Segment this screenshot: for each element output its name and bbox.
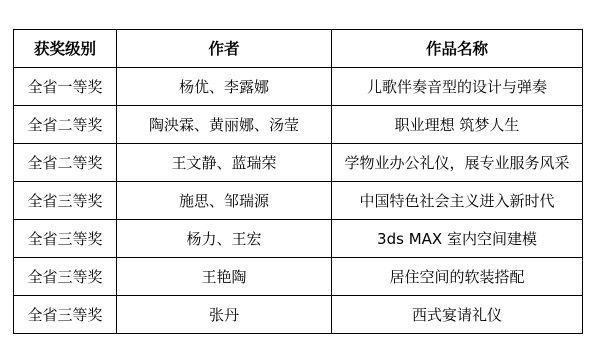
award-level-cell: 全省一等奖	[14, 68, 117, 106]
award-level-cell: 全省二等奖	[14, 144, 117, 182]
authors-cell: 施思、邹瑞源	[117, 182, 332, 220]
authors-cell: 陶泱霖、黄丽娜、汤莹	[117, 106, 332, 144]
work-title-cell: 职业理想 筑梦人生	[332, 106, 583, 144]
work-title-cell: 儿歌伴奏音型的设计与弹奏	[332, 68, 583, 106]
work-title-cell: 3ds MAX 室内空间建模	[332, 220, 583, 258]
award-level-cell: 全省三等奖	[14, 296, 117, 334]
table-row: 全省三等奖 王艳陶 居住空间的软装搭配	[14, 258, 583, 296]
work-title-cell: 中国特色社会主义进入新时代	[332, 182, 583, 220]
table-row: 全省二等奖 王文静、蓝瑞荣 学物业办公礼仪，展专业服务风采	[14, 144, 583, 182]
authors-cell: 王文静、蓝瑞荣	[117, 144, 332, 182]
header-authors: 作者	[117, 30, 332, 68]
header-award-level: 获奖级别	[14, 30, 117, 68]
table-row: 全省三等奖 杨力、王宏 3ds MAX 室内空间建模	[14, 220, 583, 258]
header-work-title: 作品名称	[332, 30, 583, 68]
table-row: 全省三等奖 施思、邹瑞源 中国特色社会主义进入新时代	[14, 182, 583, 220]
work-title-cell: 西式宴请礼仪	[332, 296, 583, 334]
authors-cell: 王艳陶	[117, 258, 332, 296]
award-level-cell: 全省二等奖	[14, 106, 117, 144]
authors-cell: 张丹	[117, 296, 332, 334]
work-title-cell: 居住空间的软装搭配	[332, 258, 583, 296]
award-level-cell: 全省三等奖	[14, 258, 117, 296]
authors-cell: 杨优、李露娜	[117, 68, 332, 106]
header-row: 获奖级别 作者 作品名称	[14, 30, 583, 68]
work-title-cell: 学物业办公礼仪，展专业服务风采	[332, 144, 583, 182]
awards-table: 获奖级别 作者 作品名称 全省一等奖 杨优、李露娜 儿歌伴奏音型的设计与弹奏 全…	[13, 29, 583, 334]
table-row: 全省三等奖 张丹 西式宴请礼仪	[14, 296, 583, 334]
table-row: 全省一等奖 杨优、李露娜 儿歌伴奏音型的设计与弹奏	[14, 68, 583, 106]
table-row: 全省二等奖 陶泱霖、黄丽娜、汤莹 职业理想 筑梦人生	[14, 106, 583, 144]
award-level-cell: 全省三等奖	[14, 182, 117, 220]
award-level-cell: 全省三等奖	[14, 220, 117, 258]
authors-cell: 杨力、王宏	[117, 220, 332, 258]
